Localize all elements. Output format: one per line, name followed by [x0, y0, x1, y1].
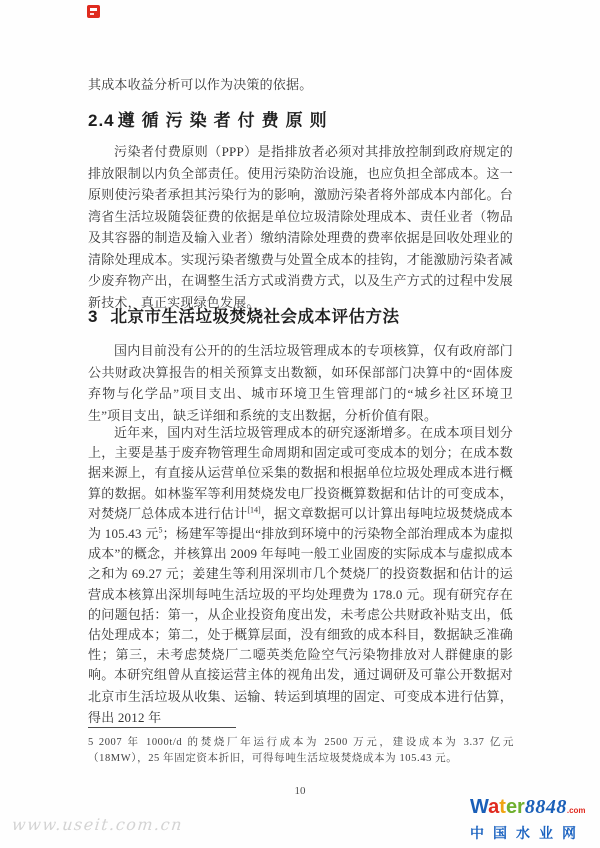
logo-letter-t: t [499, 796, 506, 818]
logo-letter-w: W [470, 796, 488, 818]
water8848-logo: Water8848.com 中国水业网 [470, 796, 594, 843]
paragraph-this-study: 本研究组曾从直接运营主体的视角出发，通过调研及可靠公开数据对北京市生活垃圾从收集… [88, 664, 513, 729]
footnote-marker: 5 [88, 737, 94, 748]
red-stamp-icon-mark [90, 8, 97, 11]
paragraph-ppp: 污染者付费原则（PPP）是指排放者必须对其排放控制到政府规定的排放限制以内负全部… [88, 141, 513, 313]
red-stamp-icon-mark [90, 13, 94, 15]
logo-letter-a: a [488, 796, 499, 818]
section-2-4-number: 2.4 [88, 111, 115, 130]
section-2-4-title: 遵循污染者付费原则 [118, 111, 334, 130]
red-stamp-icon [87, 5, 100, 18]
section-2-4-heading: 2.4遵循污染者付费原则 [88, 105, 334, 133]
logo-tagline: 中国水业网 [470, 823, 594, 843]
paragraph-research-review-part3: ；杨建军等提出“排放到环境中的污染物全部治理成本为虚拟成本”的概念，并核算出 2… [88, 526, 513, 682]
pdf-page: 其成本收益分析可以作为决策的依据。 2.4遵循污染者付费原则 污染者付费原则（P… [0, 0, 600, 848]
paragraph-domestic-data: 国内目前没有公开的的生活垃圾管理成本的专项核算，仅有政府部门公共财政决算报告的相… [88, 340, 513, 426]
paragraph-research-review: 近年来，国内对生活垃圾管理成本的研究逐渐增多。在成本项目划分上，主要是基于废弃物… [88, 423, 513, 686]
section-3-title: 北京市生活垃圾焚烧社会成本评估方法 [110, 308, 399, 326]
logo-letters-er: er [506, 796, 525, 818]
water8848-wordmark: Water8848.com [470, 796, 594, 822]
section-3-number: 3 [88, 307, 97, 326]
citation-14: [14] [247, 505, 260, 514]
footnote-text: 2007 年 1000t/d 的焚烧厂年运行成本为 2500 万元，建设成本为 … [88, 737, 514, 764]
footnote-separator [88, 727, 236, 728]
useit-watermark: www.useit.com.cn [11, 815, 184, 834]
logo-tld-com: .com [567, 806, 586, 815]
footnote: 52007 年 1000t/d 的焚烧厂年运行成本为 2500 万元，建设成本为… [88, 735, 514, 766]
logo-number-8848: 8848 [525, 796, 567, 818]
intro-line: 其成本收益分析可以作为决策的依据。 [88, 74, 513, 96]
section-3-heading: 3北京市生活垃圾焚烧社会成本评估方法 [88, 301, 399, 329]
